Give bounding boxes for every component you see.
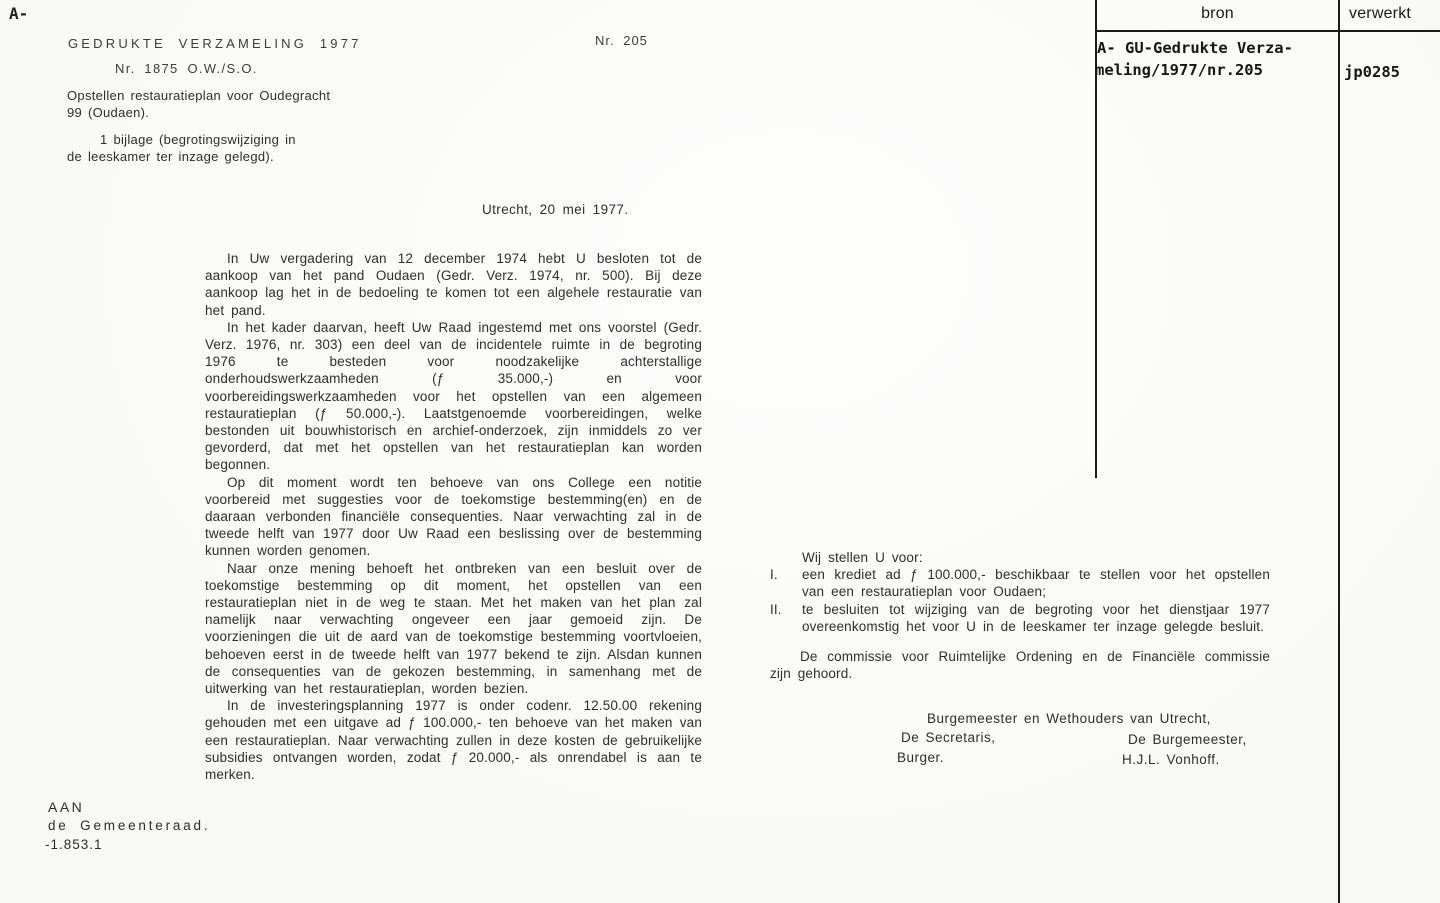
stamp-column-header-verwerkt: verwerkt [1349,5,1411,23]
stamp-table-column-divider [1338,0,1340,903]
signature-right-title: De Burgemeester, [1128,732,1247,747]
reference-number: Nr. 1875 O.W./S.O. [115,61,258,76]
attachment-line-2: de leeskamer ter inzage gelegd). [67,148,296,165]
stamp-source-line-1: A- GU-Gedrukte Verza- [1097,39,1293,57]
body-paragraph-1: In Uw vergadering van 12 december 1974 h… [205,250,702,319]
proposal-item-1-text: een krediet ad ƒ 100.000,- beschikbaar t… [802,566,1270,600]
document-page: A- GEDRUKTE VERZAMELING 1977 Nr. 205 Nr.… [0,0,1440,903]
document-number: Nr. 205 [595,33,648,48]
proposal-item-1: I. een krediet ad ƒ 100.000,- beschikbaa… [770,566,1270,600]
proposal-closing: De commissie voor Ruimtelijke Ordening e… [770,648,1270,682]
stamp-source-line-2: meling/1977/nr.205 [1095,61,1263,79]
stamp-table-header-underline [1095,30,1440,32]
proposal-item-2-marker: II. [770,601,802,635]
body-paragraph-4: Naar onze mening behoeft het ontbreken v… [205,560,702,698]
dateline: Utrecht, 20 mei 1977. [482,202,628,217]
subject-line-2: 99 (Oudaen). [67,104,330,121]
corner-mark: A- [9,4,28,23]
collection-title: GEDRUKTE VERZAMELING 1977 [68,36,362,51]
addressee-line-2: de Gemeenteraad. [48,818,210,833]
proposal-item-2: II. te besluiten tot wijziging van de be… [770,601,1270,635]
signature-org-line: Burgemeester en Wethouders van Utrecht, [927,711,1211,726]
signature-left-name: Burger. [897,750,944,765]
addressee-line-3: -1.853.1 [45,837,103,852]
attachment-line-1: 1 bijlage (begrotingswijziging in [67,131,296,148]
attachment-note: 1 bijlage (begrotingswijziging in de lee… [67,131,296,165]
stamp-processed-value: jp0285 [1344,63,1400,81]
subject-block: Opstellen restauratieplan voor Oudegrach… [67,87,330,121]
proposal-intro: Wij stellen U voor: [770,549,1270,566]
proposal-item-1-marker: I. [770,566,802,600]
signature-left-title: De Secretaris, [901,730,996,745]
body-text: In Uw vergadering van 12 december 1974 h… [205,250,702,783]
proposal-block: Wij stellen U voor: I. een krediet ad ƒ … [770,549,1270,682]
proposal-item-2-text: te besluiten tot wijziging van de begrot… [802,601,1270,635]
signature-right-name: H.J.L. Vonhoff. [1122,752,1220,767]
subject-line-1: Opstellen restauratieplan voor Oudegrach… [67,87,330,104]
stamp-column-header-bron: bron [1097,5,1338,23]
addressee-line-1: AAN [48,799,84,815]
body-paragraph-2: In het kader daarvan, heeft Uw Raad inge… [205,319,702,474]
body-paragraph-5: In de investeringsplanning 1977 is onder… [205,697,702,783]
body-paragraph-3: Op dit moment wordt ten behoeve van ons … [205,474,702,560]
